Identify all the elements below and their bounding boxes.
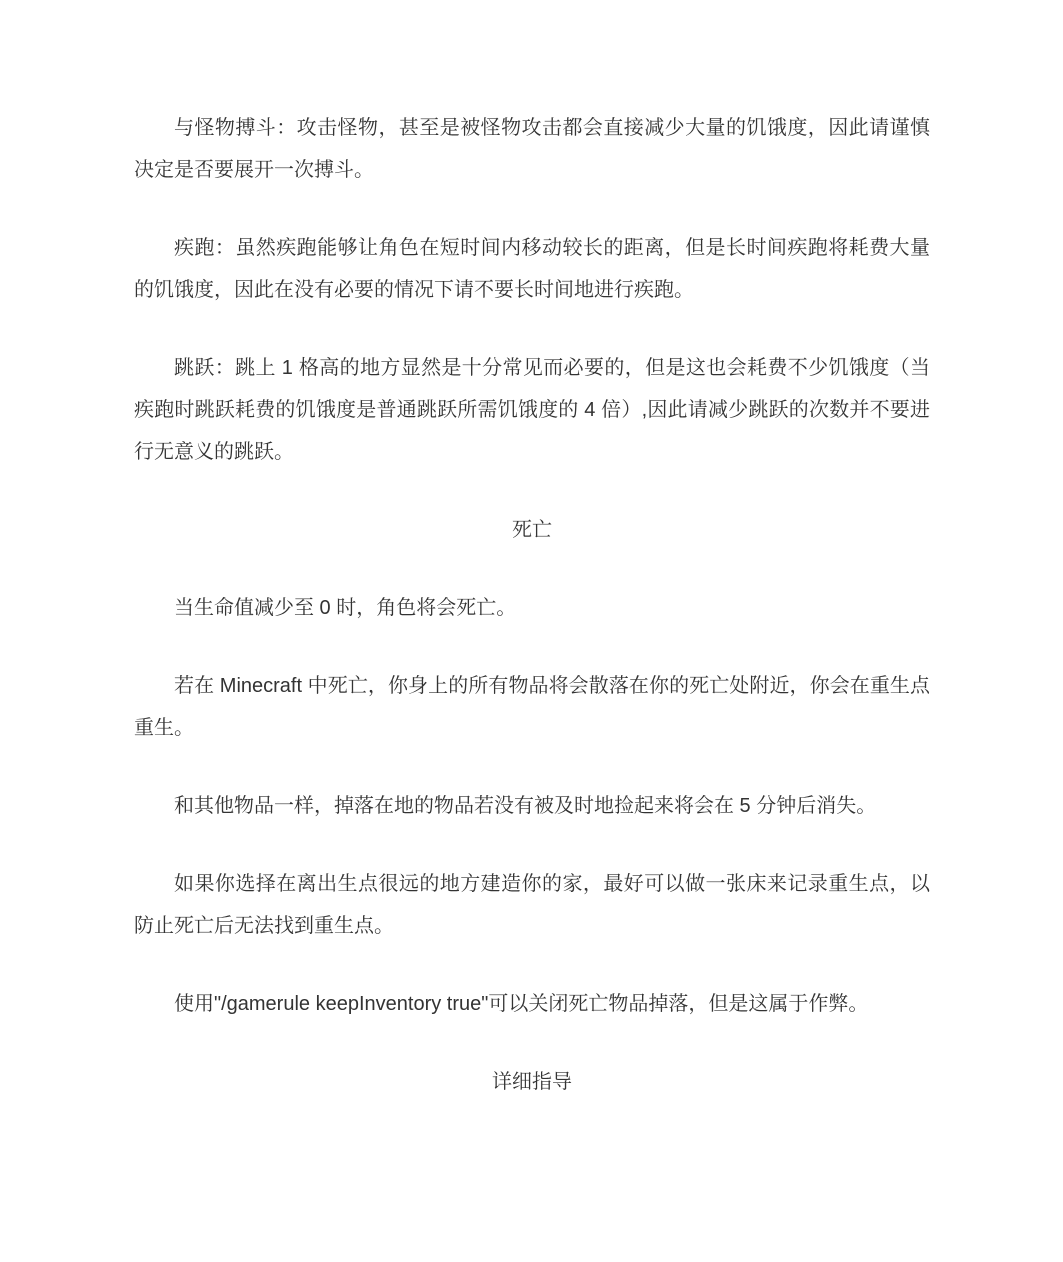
paragraph-death-condition: 当生命值减少至 0 时，角色将会死亡。 — [134, 587, 930, 629]
paragraph-jump-hunger: 跳跃：跳上 1 格高的地方显然是十分常见而必要的，但是这也会耗费不少饥饿度（当疾… — [134, 347, 930, 473]
paragraph-sprint-hunger: 疾跑：虽然疾跑能够让角色在短时间内移动较长的距离，但是长时间疾跑将耗费大量的饥饿… — [134, 227, 930, 311]
document-page: 与怪物搏斗：攻击怪物，甚至是被怪物攻击都会直接减少大量的饥饿度，因此请谨慎决定是… — [0, 0, 1063, 1262]
paragraph-item-despawn: 和其他物品一样，掉落在地的物品若没有被及时地捡起来将会在 5 分钟后消失。 — [134, 785, 930, 827]
paragraph-combat-hunger: 与怪物搏斗：攻击怪物，甚至是被怪物攻击都会直接减少大量的饥饿度，因此请谨慎决定是… — [134, 107, 930, 191]
paragraph-death-drop-items: 若在 Minecraft 中死亡，你身上的所有物品将会散落在你的死亡处附近，你会… — [134, 665, 930, 749]
paragraph-bed-respawn-tip: 如果你选择在离出生点很远的地方建造你的家，最好可以做一张床来记录重生点，以防止死… — [134, 863, 930, 947]
document-body: 与怪物搏斗：攻击怪物，甚至是被怪物攻击都会直接减少大量的饥饿度，因此请谨慎决定是… — [0, 0, 1063, 1103]
section-heading-death: 死亡 — [134, 509, 930, 551]
section-heading-detailed-guide: 详细指导 — [134, 1061, 930, 1103]
paragraph-keepinventory-command: 使用"/gamerule keepInventory true"可以关闭死亡物品… — [134, 983, 930, 1025]
